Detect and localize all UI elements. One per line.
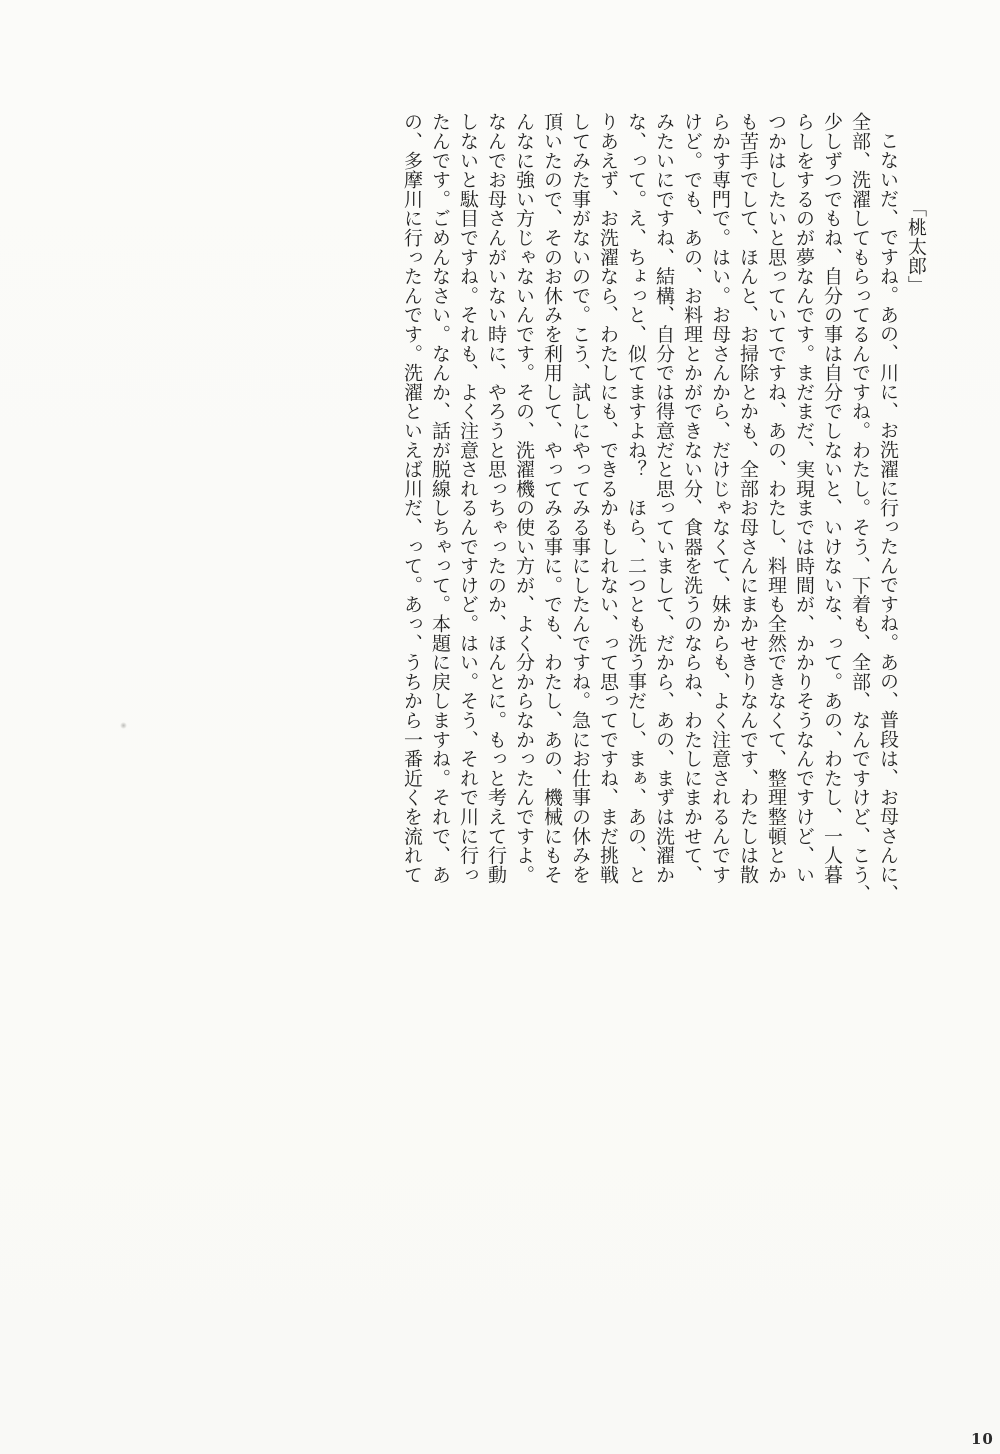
text-column: 頂いたので、そのお休みを利用して、やってみる事に。でも、わたし、あの、機械にもそ	[538, 112, 566, 894]
text-column: こないだ、ですね。あの、川に、お洗濯に行ったんですね。あの、普段は、お母さんに、	[874, 112, 902, 894]
text-column: りあえず、お洗濯なら、わたしにも、できるかもしれない、って思ってですね、まだ挑戦	[594, 112, 622, 894]
text-column: の、多摩川に行ったんです。洗濯といえば川だ、って。あっ、うちから一番近くを流れて	[398, 112, 426, 894]
paragraph: こないだ、ですね。あの、川に、お洗濯に行ったんですね。あの、普段は、お母さんに、…	[398, 112, 902, 894]
text-column: な、って。え、ちょっと、似てますよね？ ほら、二つとも洗う事だし、まぁ、あの、と	[622, 112, 650, 894]
body-text: 「桃太郎」 こないだ、ですね。あの、川に、お洗濯に行ったんですね。あの、普段は、…	[398, 112, 930, 894]
text-column: してみた事がないので。こう、試しにやってみる事にしたんですね。急にお仕事の休みを	[566, 112, 594, 894]
text-column: 全部、洗濯してもらってるんですね。わたし。そう、下着も、全部、なんですけど、こう…	[846, 112, 874, 894]
page-number: 10	[971, 1430, 994, 1448]
text-column: けど。でも、あの、お料理とかができない分、食器を洗うのならね、わたしにまかせて、	[678, 112, 706, 894]
text-column: みたいにですね、結構、自分では得意だと思っていまして、だから、あの、まずは洗濯か	[650, 112, 678, 894]
text-column: んなに強い方じゃないんです。その、洗濯機の使い方が、よく分からなかったんですよ。	[510, 112, 538, 894]
text-column: なんでお母さんがいない時に、やろうと思っちゃったのか、ほんとに。もっと考えて行動	[482, 112, 510, 894]
story-title: 「桃太郎」	[902, 112, 930, 894]
text-column: しないと駄目ですね。それも、よく注意されるんですけど。はい。そう、それで川に行っ	[454, 112, 482, 894]
scan-speck	[120, 722, 127, 729]
text-column: たんです。ごめんなさい。なんか、話が脱線しちゃって。本題に戻しますね。それで、あ	[426, 112, 454, 894]
text-column: 少しずつでもね、自分の事は自分でしないと、いけないな、って。あの、わたし、一人暮	[818, 112, 846, 894]
text-column: らしをするのが夢なんです。まだまだ、実現までは時間が、かかりそうなんですけど、い	[790, 112, 818, 894]
text-column: らかす専門で。はい。お母さんから、だけじゃなくて、妹からも、よく注意されるんです	[706, 112, 734, 894]
text-column: も苦手でして、ほんと、お掃除とかも、全部お母さんにまかせきりなんです、わたしは散	[734, 112, 762, 894]
scanned-page: 「桃太郎」 こないだ、ですね。あの、川に、お洗濯に行ったんですね。あの、普段は、…	[0, 0, 1000, 1454]
text-column: つかはしたいと思っていてですね、あの、わたし、料理も全然できなくて、整理整頓とか	[762, 112, 790, 894]
